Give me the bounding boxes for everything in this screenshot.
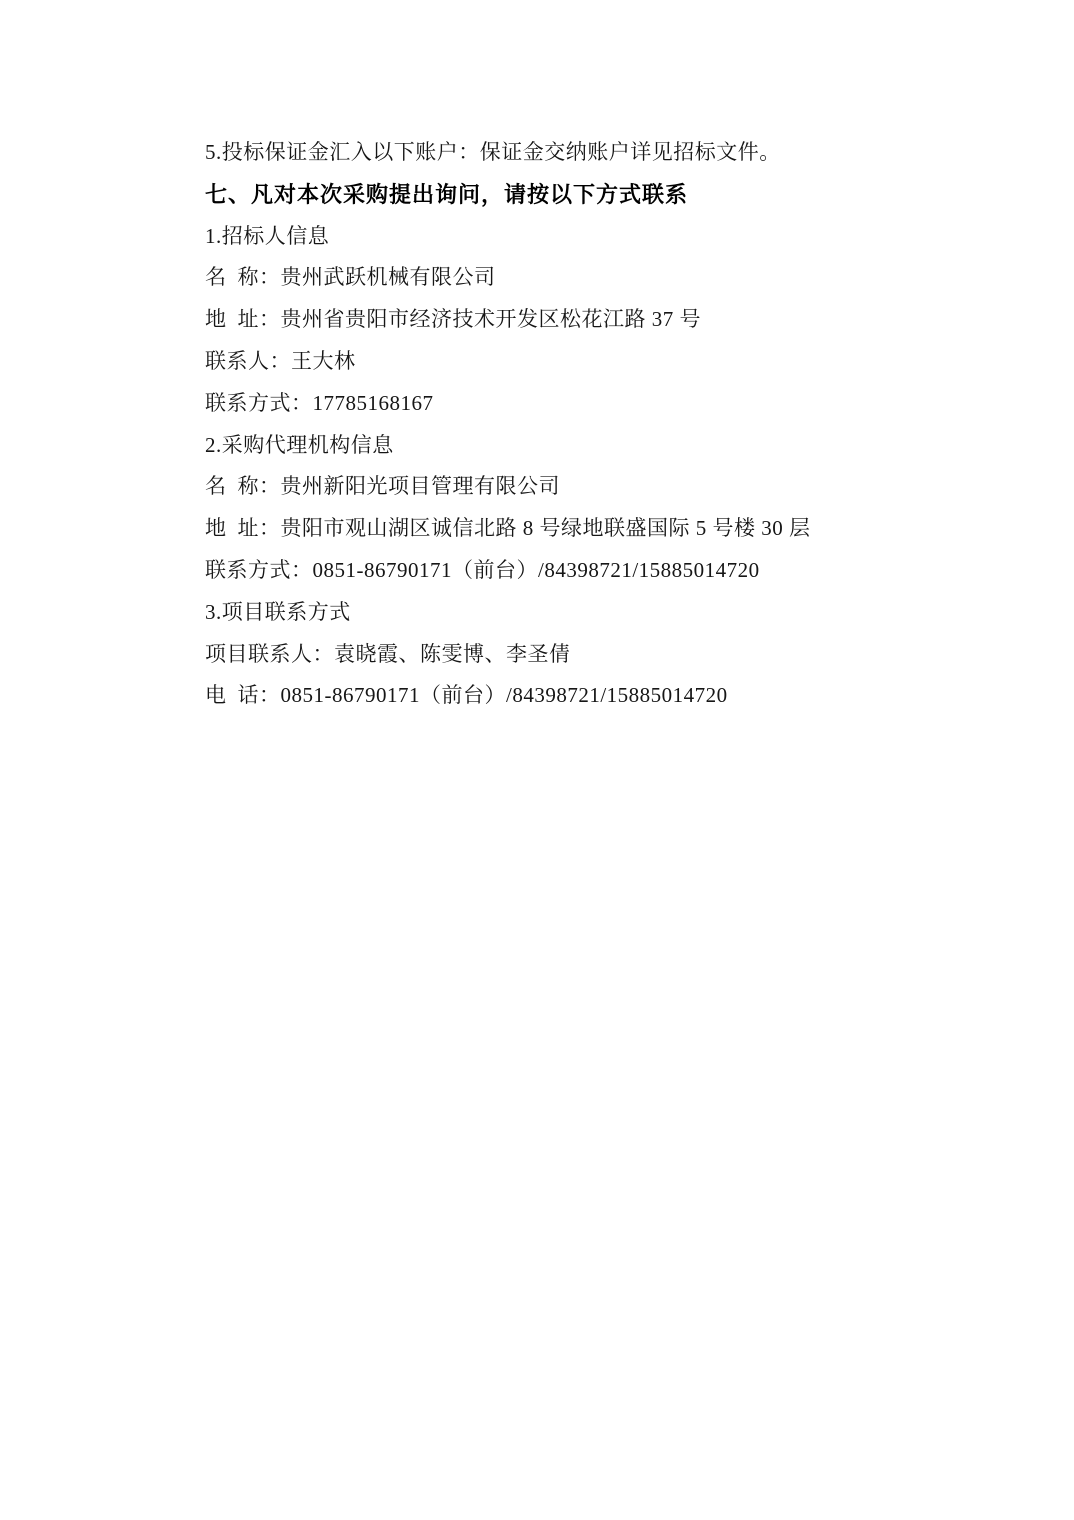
line-tenderer-phone: 联系方式：17785168167 <box>205 383 925 425</box>
line-agency-info-heading: 2.采购代理机构信息 <box>205 425 925 467</box>
line-project-contact-persons: 项目联系人：袁晓霞、陈雯博、李圣倩 <box>205 634 925 676</box>
line-project-phone: 电 话：0851-86790171（前台）/84398721/158850147… <box>205 675 925 717</box>
line-tenderer-info-heading: 1.招标人信息 <box>205 216 925 258</box>
line-project-contact-heading: 3.项目联系方式 <box>205 592 925 634</box>
document-page: 5.投标保证金汇入以下账户：保证金交纳账户详见招标文件。 七、凡对本次采购提出询… <box>0 0 1074 1520</box>
line-bid-deposit-note: 5.投标保证金汇入以下账户：保证金交纳账户详见招标文件。 <box>205 132 925 174</box>
line-tenderer-address: 地 址：贵州省贵阳市经济技术开发区松花江路 37 号 <box>205 299 925 341</box>
line-agency-name: 名 称：贵州新阳光项目管理有限公司 <box>205 466 925 508</box>
line-agency-address: 地 址：贵阳市观山湖区诚信北路 8 号绿地联盛国际 5 号楼 30 层 <box>205 508 925 550</box>
line-agency-phone: 联系方式：0851-86790171（前台）/84398721/15885014… <box>205 550 925 592</box>
line-tenderer-contact-person: 联系人：王大林 <box>205 341 925 383</box>
document-content: 5.投标保证金汇入以下账户：保证金交纳账户详见招标文件。 七、凡对本次采购提出询… <box>205 132 925 717</box>
line-tenderer-name: 名 称：贵州武跃机械有限公司 <box>205 257 925 299</box>
section-heading-inquiry-contact: 七、凡对本次采购提出询问，请按以下方式联系 <box>205 174 925 216</box>
